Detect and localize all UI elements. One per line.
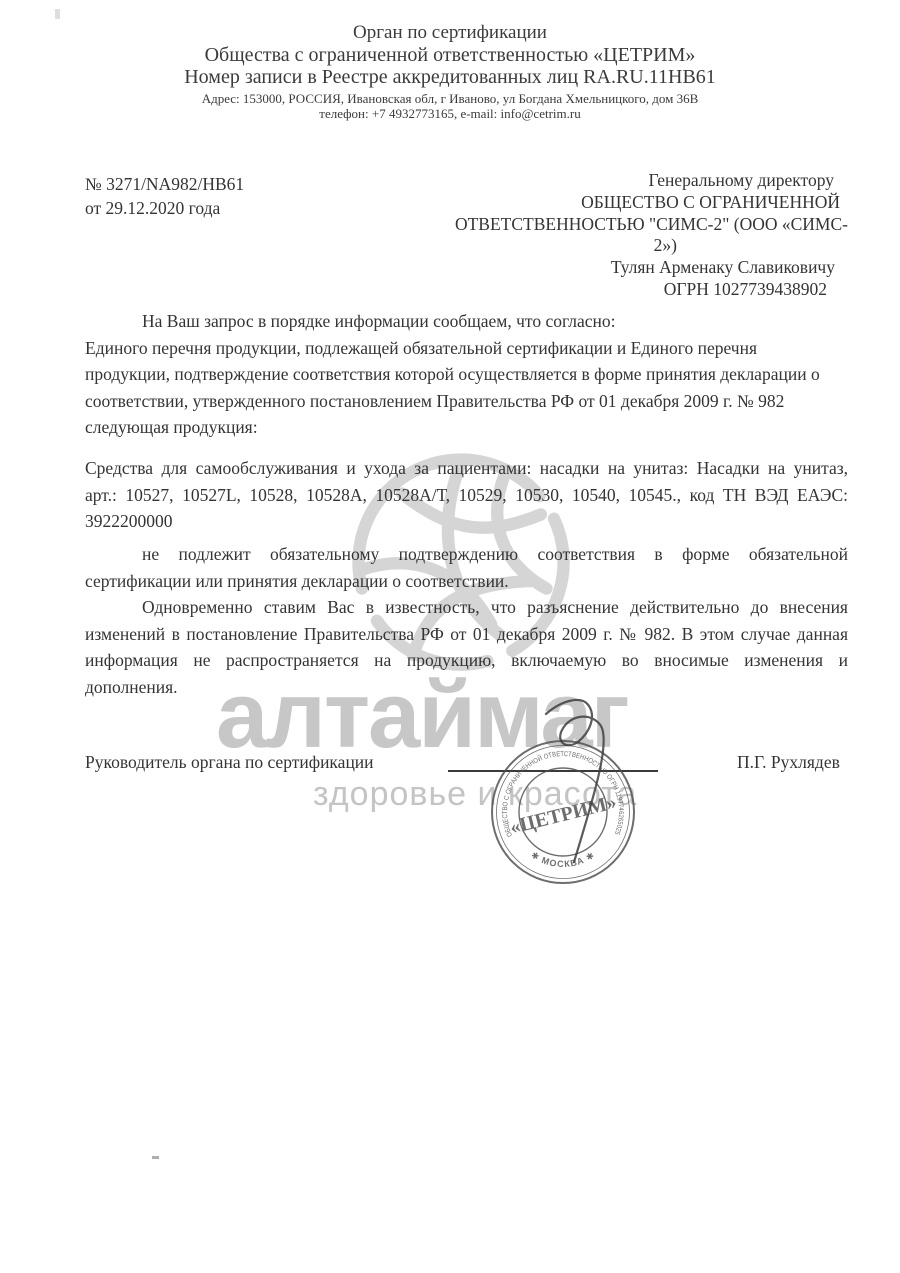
reference-date: от 29.12.2020 года [85, 196, 244, 220]
reference-number: № 3271/NA982/HB61 [85, 172, 244, 196]
scan-artifact [152, 1156, 159, 1159]
body-line: Единого перечня продукции, подлежащей об… [85, 335, 848, 362]
body-line: информация не распространяется на продук… [85, 647, 848, 674]
scan-artifact [55, 9, 60, 19]
body-paragraph-validity: Одновременно ставим Вас в известность, ч… [85, 594, 848, 700]
addressee-line: ОТВЕТСТВЕННОСТЬЮ "СИМС-2" (ООО «СИМС- [420, 214, 848, 236]
body-line: дополнения. [85, 674, 848, 701]
scanned-letter-page: алтаймаг здоровье и красота Орган по сер… [0, 0, 900, 1273]
addressee-line: ОБЩЕСТВО С ОГРАНИЧЕННОЙ [420, 192, 848, 214]
addressee-block: Генеральному директору ОБЩЕСТВО С ОГРАНИ… [420, 170, 848, 301]
body-line: арт.: 10527, 10527L, 10528, 10528A, 1052… [85, 482, 848, 509]
body-line: не подлежит обязательному подтверждению … [85, 541, 848, 568]
body-paragraph-products: Средства для самообслуживания и ухода за… [85, 455, 848, 535]
handwritten-signature [520, 685, 640, 875]
letterhead-address-line: Адрес: 153000, РОССИЯ, Ивановская обл, г… [0, 91, 900, 106]
signatory-role: Руководитель органа по сертификации [85, 752, 374, 773]
body-line: Одновременно ставим Вас в известность, ч… [85, 594, 848, 621]
body-paragraph-intro: На Ваш запрос в порядке информации сообщ… [85, 308, 848, 441]
addressee-line: Тулян Арменаку Славиковичу [420, 257, 848, 279]
body-line: следующая продукция: [85, 414, 848, 441]
addressee-line: ОГРН 1027739438902 [420, 279, 848, 301]
body-line: сертификации или принятия декларации о с… [85, 568, 848, 595]
body-line: На Ваш запрос в порядке информации сообщ… [85, 308, 848, 335]
letterhead-org-line: Орган по сертификации [0, 22, 900, 44]
addressee-line: 2») [420, 235, 848, 257]
body-line: 3922200000 [85, 508, 848, 535]
body-paragraph-conclusion: не подлежит обязательному подтверждению … [85, 541, 848, 594]
body-line: изменений в постановление Правительства … [85, 621, 848, 648]
letterhead-contacts-line: телефон: +7 4932773165, e-mail: info@cet… [0, 106, 900, 121]
body-line: продукции, подтверждение соответствия ко… [85, 361, 848, 388]
reference-block: № 3271/NA982/HB61 от 29.12.2020 года [85, 172, 244, 220]
body-line: соответствии, утвержденного постановлени… [85, 388, 848, 415]
addressee-line: Генеральному директору [420, 170, 848, 192]
signatory-name: П.Г. Рухлядев [737, 752, 840, 773]
letterhead-company-line: Общества с ограниченной ответственностью… [0, 44, 900, 66]
letterhead-registry-line: Номер записи в Реестре аккредитованных л… [0, 66, 900, 89]
body-line: Средства для самообслуживания и ухода за… [85, 455, 848, 482]
letterhead: Орган по сертификации Общества с огранич… [0, 22, 900, 121]
